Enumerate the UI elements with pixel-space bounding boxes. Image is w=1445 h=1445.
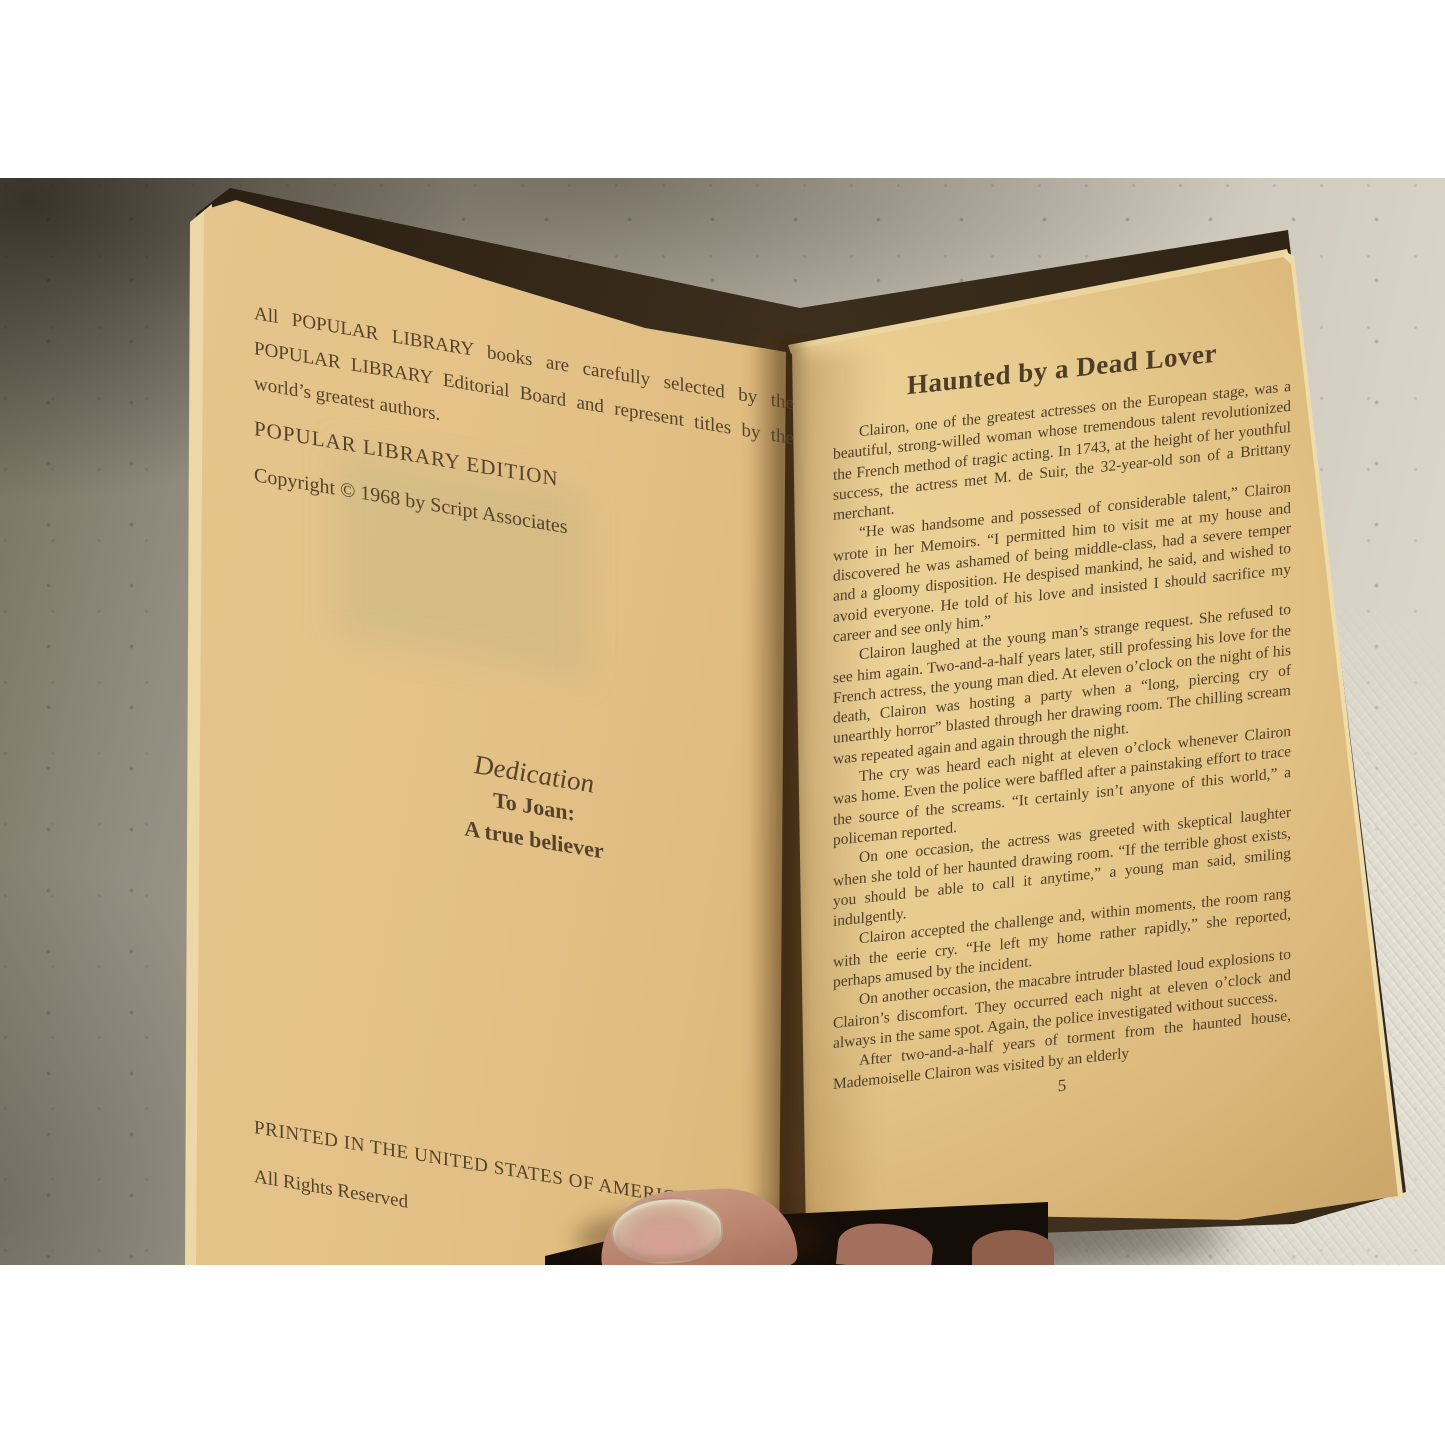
- right-page-text: Haunted by a Dead Lover Clairon, one of …: [833, 330, 1291, 1120]
- square-photo-frame: All POPULAR LIBRARY books are carefully …: [0, 0, 1445, 1445]
- dedication-block: Dedication To Joan: A true believer: [314, 722, 754, 893]
- chapter-body: Clairon, one of the greatest actresses o…: [833, 377, 1291, 1095]
- finger-tip: [972, 1230, 1054, 1265]
- left-page-text: All POPULAR LIBRARY books are carefully …: [254, 296, 810, 1265]
- book-photo: All POPULAR LIBRARY books are carefully …: [0, 178, 1445, 1265]
